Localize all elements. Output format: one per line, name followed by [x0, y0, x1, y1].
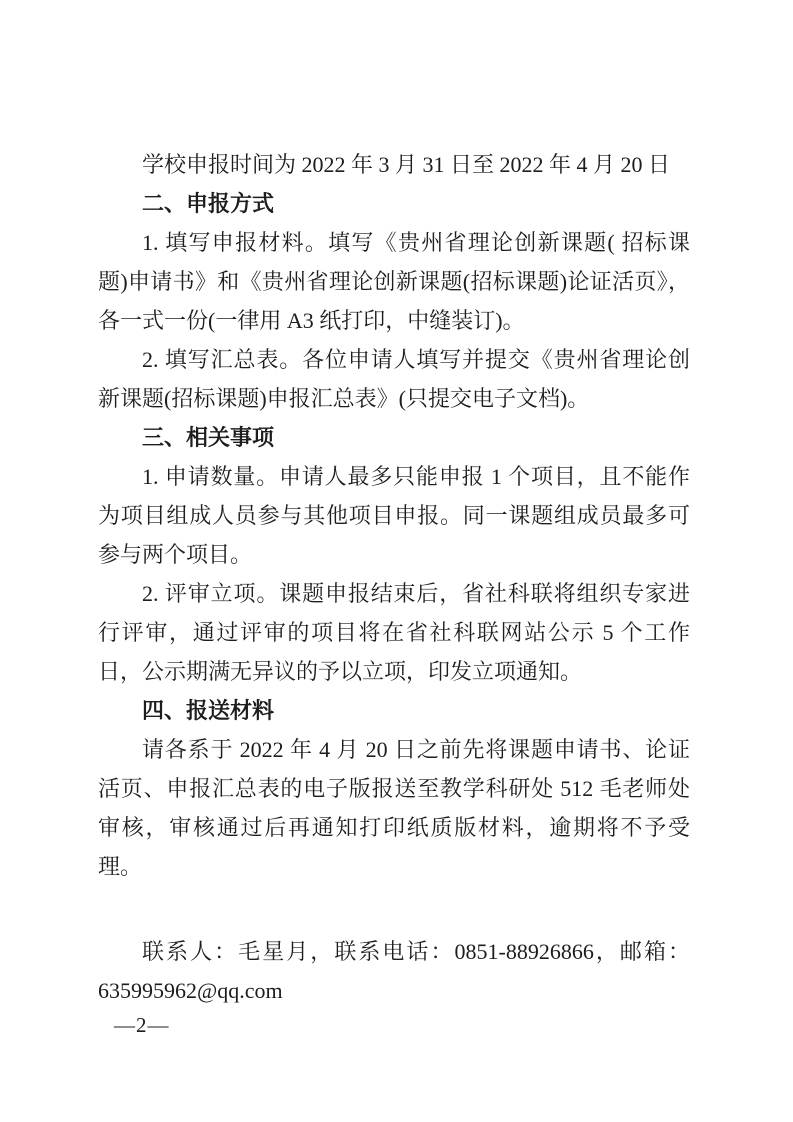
paragraph-review-and-approval: 2. 评审立项。课题申报结束后，省社科联将组织专家进行评审，通过评审的项目将在省… — [98, 574, 690, 691]
paragraph-submission-instructions: 请各系于 2022 年 4 月 20 日之前先将课题申请书、论证活页、申报汇总表… — [98, 730, 690, 886]
paragraph-contact-info: 联系人：毛星月，联系电话：0851-88926866，邮箱：635995962@… — [98, 932, 690, 1010]
heading-section-3-related-matters: 三、相关事项 — [98, 418, 690, 457]
page-number: —2— — [114, 1012, 170, 1038]
paragraph-fill-summary-table: 2. 填写汇总表。各位申请人填写并提交《贵州省理论创新课题(招标课题)申报汇总表… — [98, 340, 690, 418]
document-body: 学校申报时间为 2022 年 3 月 31 日至 2022 年 4 月 20 日… — [98, 145, 690, 1010]
paragraph-fill-application-materials: 1. 填写申报材料。填写《贵州省理论创新课题( 招标课题)申请书》和《贵州省理论… — [98, 223, 690, 340]
paragraph-application-quantity-limit: 1. 申请数量。申请人最多只能申报 1 个项目，且不能作为项目组成人员参与其他项… — [98, 457, 690, 574]
document-page: 学校申报时间为 2022 年 3 月 31 日至 2022 年 4 月 20 日… — [0, 0, 793, 1122]
heading-section-2-application-method: 二、申报方式 — [98, 184, 690, 223]
heading-section-4-material-submission: 四、报送材料 — [98, 691, 690, 730]
paragraph-school-deadline: 学校申报时间为 2022 年 3 月 31 日至 2022 年 4 月 20 日 — [98, 145, 690, 184]
